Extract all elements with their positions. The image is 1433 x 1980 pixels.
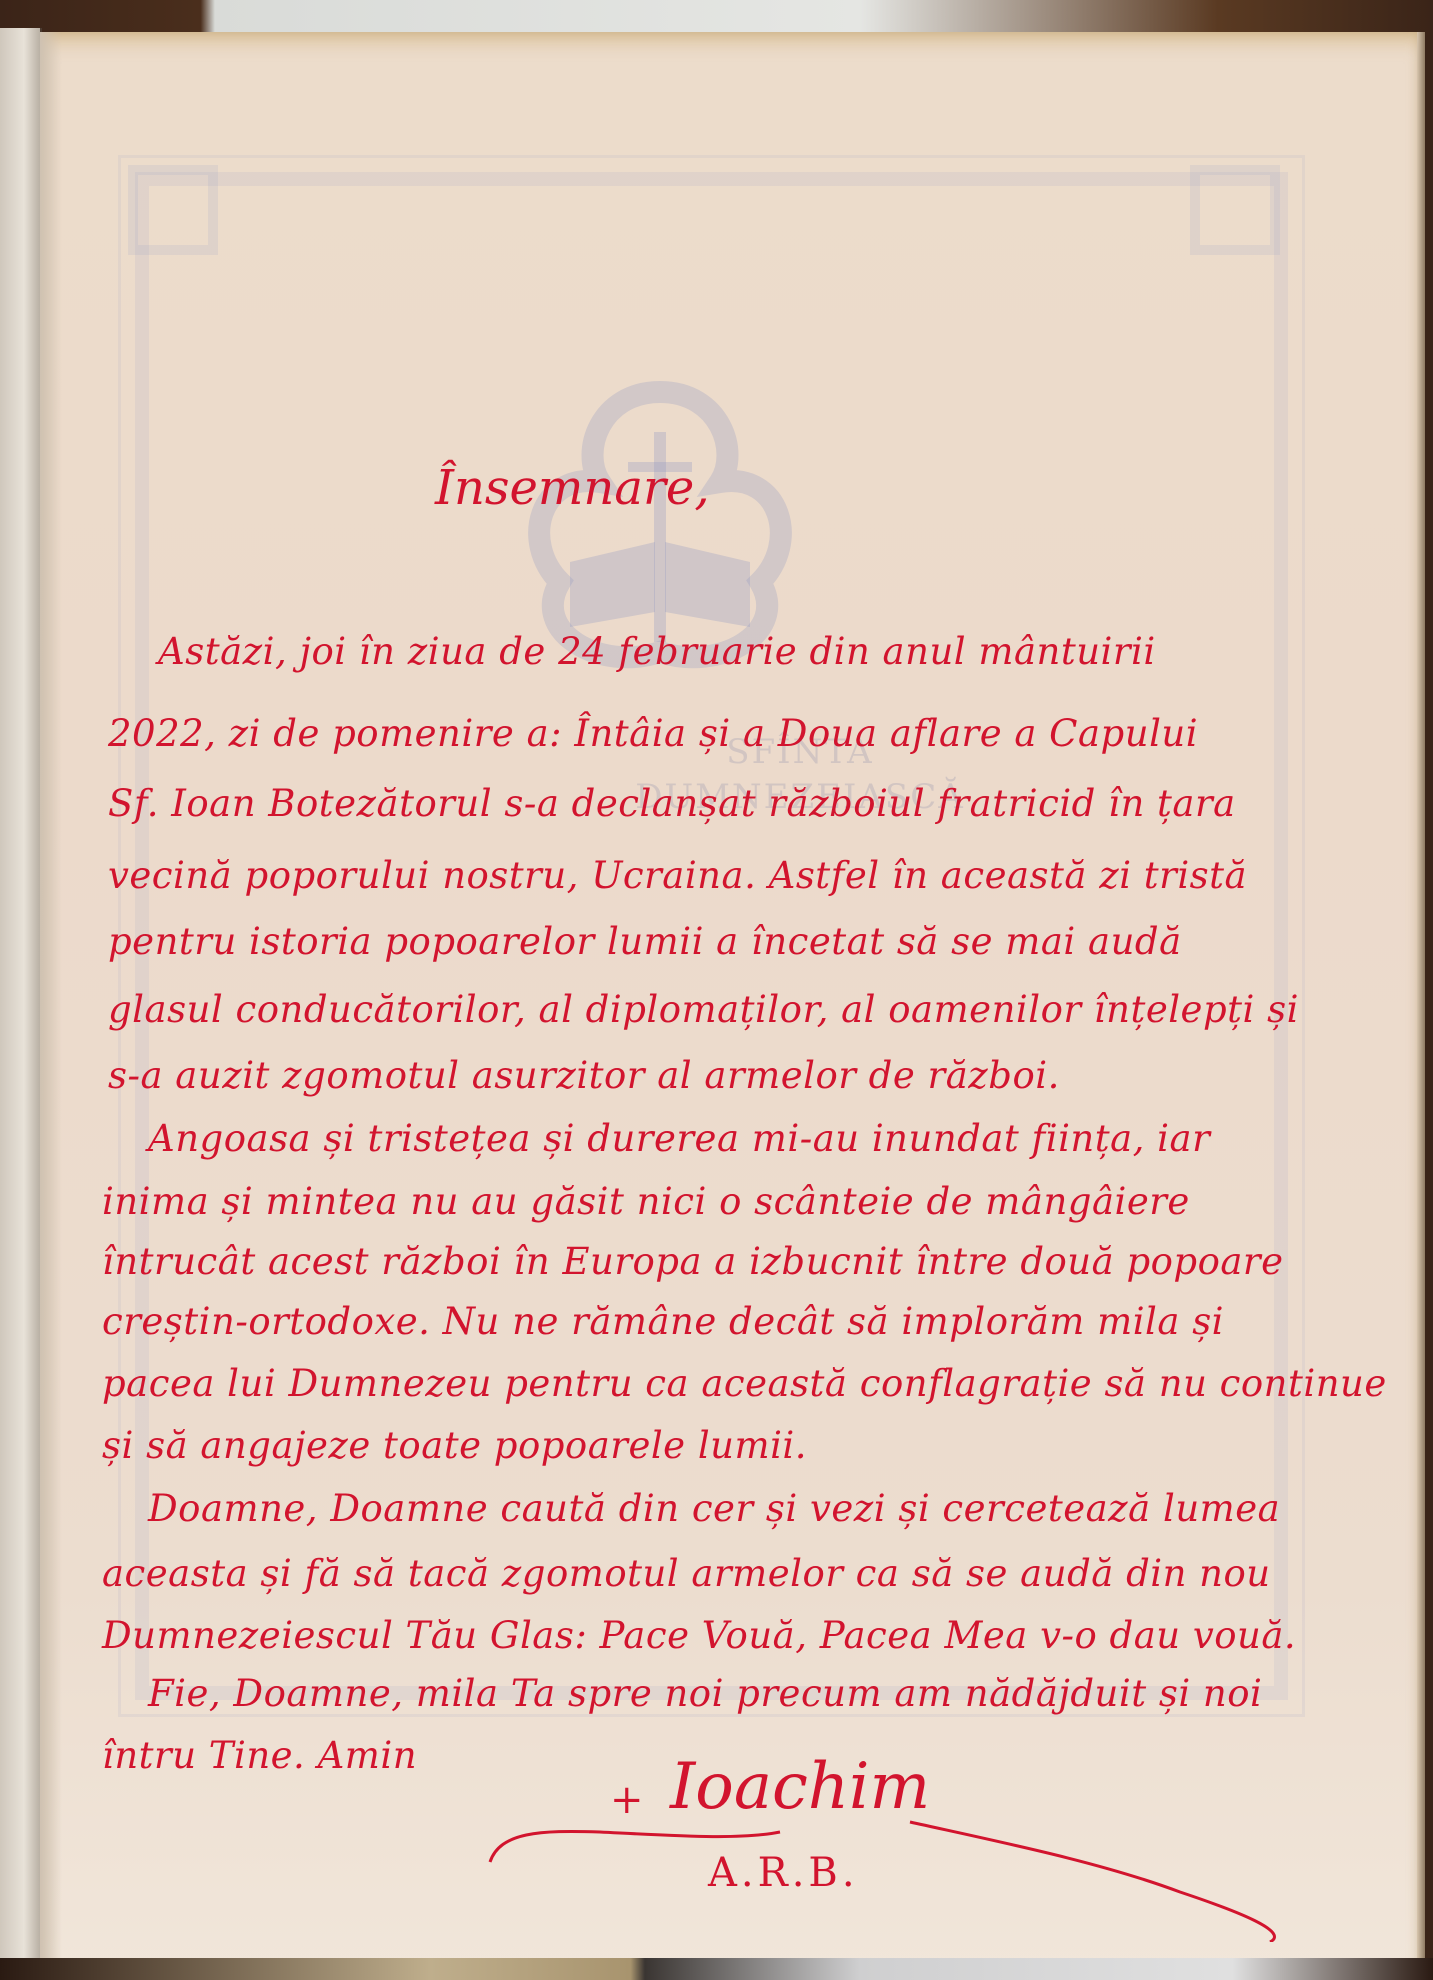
note-line: pentru istoria popoarelor lumii a înceta… [108, 920, 1182, 963]
note-line: Doamne, Doamne caută din cer și vezi și … [148, 1487, 1280, 1530]
note-line: 2022, zi de pomenire a: Întâia și a Doua… [108, 712, 1198, 755]
page-edge [1417, 32, 1425, 1980]
note-line: vecină poporului nostru, Ucraina. Astfel… [108, 854, 1247, 897]
note-line: Fie, Doamne, mila Ta spre noi precum am … [148, 1672, 1262, 1715]
page-gutter [40, 32, 62, 1980]
note-line: pacea lui Dumnezeu pentru ca această con… [102, 1362, 1387, 1405]
signature-flourish [480, 1792, 1320, 1942]
note-line: întrucât acest război în Europa a izbucn… [102, 1240, 1284, 1283]
note-line: inima și mintea nu au găsit nici o scânt… [102, 1180, 1190, 1223]
watermark-corner-ornament [1190, 165, 1280, 255]
note-line: aceasta și fă să tacă zgomotul armelor c… [102, 1552, 1271, 1595]
note-line: Dumnezeiescul Tău Glas: Pace Vouă, Pacea… [102, 1614, 1296, 1657]
note-title: Însemnare, [435, 460, 710, 516]
note-line: s-a auzit zgomotul asurzitor al armelor … [108, 1054, 1060, 1097]
watermark-corner-ornament [128, 165, 218, 255]
note-line: glasul conducătorilor, al diplomaților, … [108, 988, 1299, 1031]
note-line: Sf. Ioan Botezătorul s-a declanșat războ… [108, 782, 1236, 825]
note-line: întru Tine. Amin [102, 1734, 417, 1777]
background-strip [0, 0, 1433, 36]
note-line: creștin-ortodoxe. Nu ne rămâne decât să … [102, 1300, 1224, 1343]
note-line: Astăzi, joi în ziua de 24 februarie din … [158, 630, 1156, 673]
signature-initials: A.R.B. [708, 1850, 859, 1896]
previous-page-edge [0, 28, 42, 1980]
table-items-background [0, 1958, 1433, 1980]
book-page: SFÎNTA DUMNEZEIASCĂ Însemnare, Astăzi, j… [40, 32, 1425, 1980]
note-line: și să angajeze toate popoarele lumii. [102, 1424, 807, 1467]
note-line: Angoasa și tristețea și durerea mi-au in… [148, 1117, 1210, 1160]
